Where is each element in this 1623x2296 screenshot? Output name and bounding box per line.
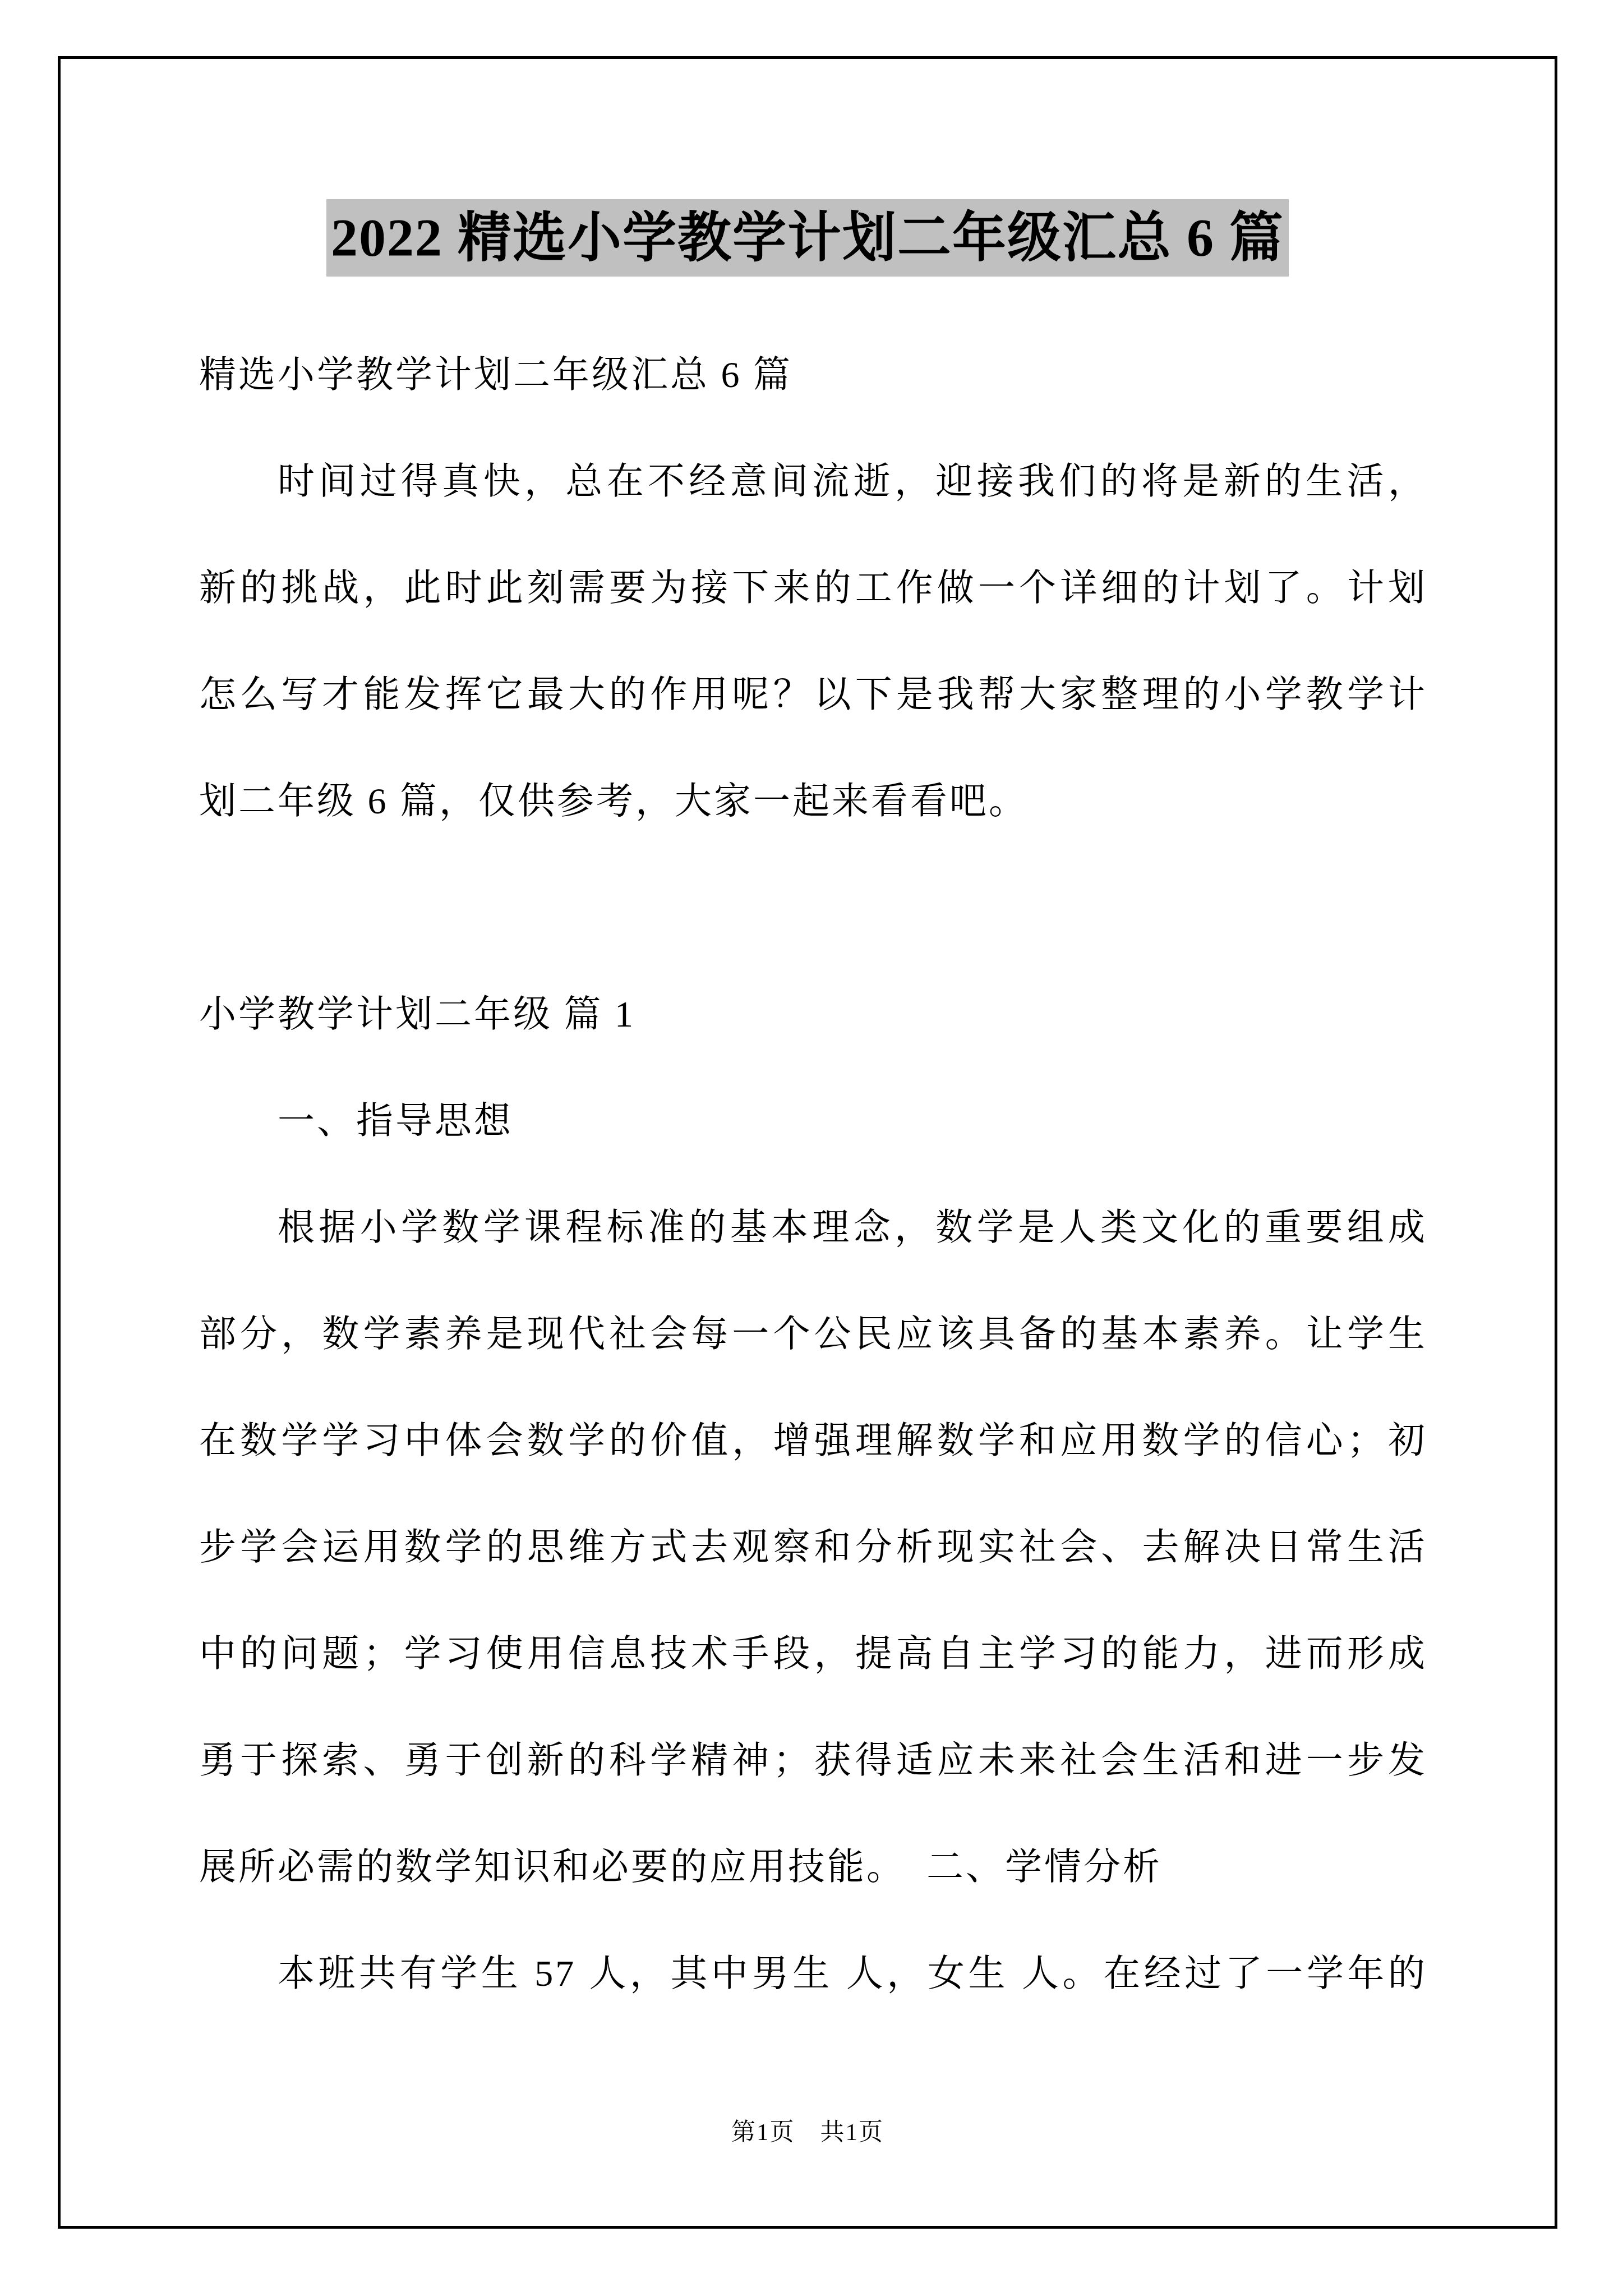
document-title: 2022 精选小学教学计划二年级汇总 6 篇 [326, 199, 1289, 277]
page-footer: 第1页 共1页 [58, 2116, 1557, 2150]
text-line: 精选小学教学计划二年级汇总 6 篇 [199, 322, 1427, 429]
text-line: 划二年级 6 篇，仅供参考，大家一起来看看吧。 [199, 748, 1427, 855]
text-line: 勇于探索、勇于创新的科学精神；获得适应未来社会生活和进一步发 [199, 1708, 1427, 1814]
document-body: 精选小学教学计划二年级汇总 6 篇 时间过得真快，总在不经意间流逝，迎接我们的将… [199, 322, 1427, 2027]
text-line: 时间过得真快，总在不经意间流逝，迎接我们的将是新的生活， [199, 429, 1427, 535]
text-line: 小学教学计划二年级 篇 1 [199, 961, 1427, 1068]
text-line: 部分，数学素养是现代社会每一个公民应该具备的基本素养。让学生 [199, 1281, 1427, 1388]
text-line: 展所必需的数学知识和必要的应用技能。 二、学情分析 [199, 1814, 1427, 1921]
blank-line [199, 855, 1427, 961]
text-line: 怎么写才能发挥它最大的作用呢？以下是我帮大家整理的小学教学计 [199, 642, 1427, 748]
text-line: 在数学学习中体会数学的价值，增强理解数学和应用数学的信心；初 [199, 1388, 1427, 1494]
text-line: 一、指导思想 [199, 1068, 1427, 1175]
text-line: 本班共有学生 57 人，其中男生 人，女生 人。在经过了一学年的 [199, 1921, 1427, 2027]
text-line: 步学会运用数学的思维方式去观察和分析现实社会、去解决日常生活 [199, 1494, 1427, 1601]
text-line: 根据小学数学课程标准的基本理念，数学是人类文化的重要组成 [199, 1175, 1427, 1281]
document-title-row: 2022 精选小学教学计划二年级汇总 6 篇 [58, 199, 1557, 277]
text-line: 新的挑战，此时此刻需要为接下来的工作做一个详细的计划了。计划 [199, 535, 1427, 642]
text-line: 中的问题；学习使用信息技术手段，提高自主学习的能力，进而形成 [199, 1601, 1427, 1708]
